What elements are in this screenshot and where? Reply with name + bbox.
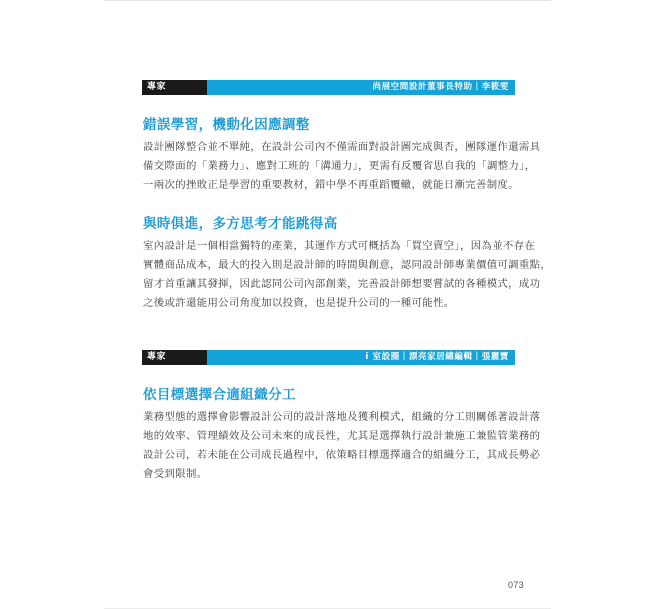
section-body: 室內設計是一個相當獨特的產業，其運作方式可概括為「買空賣空」，因為並不存在 實體… <box>143 237 523 313</box>
body-line: 室內設計是一個相當獨特的產業，其運作方式可概括為「買空賣空」，因為並不存在 <box>143 237 523 256</box>
body-line: 設計公司，若未能在公司成長過程中，依策略目標選擇適合的組織分工，其成長勢必 <box>143 446 523 465</box>
expert-banner-1: 專家 尚展空間設計董事長特助｜李筱雯 <box>142 80 515 95</box>
expert-credit: i 室設圈｜漂亮家居總編輯｜張麗寶 <box>207 350 515 365</box>
body-line: 實體商品成本，最大的投入則是設計師的時間與創意，認同設計師專業價值可調重點， <box>143 256 523 275</box>
expert-credit: 尚展空間設計董事長特助｜李筱雯 <box>207 80 515 95</box>
section-heading: 依目標選擇合適組織分工 <box>143 386 523 404</box>
body-line: 留才首重讓其發揮，因此認同公司內部創業，完善設計師想要嘗試的各種模式，成功 <box>143 275 523 294</box>
section-error-learning: 錯誤學習，機動化因應調整 設計團隊整合並不單純，在設計公司內不僅需面對設計圖完成… <box>143 116 523 195</box>
body-line: 地的效率、管理績效及公司未來的成長性，尤其是選擇執行設計兼施工兼監管業務的 <box>143 427 523 446</box>
section-heading: 與時俱進，多方思考才能跳得高 <box>143 215 523 233</box>
expert-tag: 專家 <box>142 80 207 95</box>
section-org-division: 依目標選擇合適組織分工 業務型態的選擇會影響設計公司的設計落地及獲利模式，組織的… <box>143 386 523 484</box>
section-body: 業務型態的選擇會影響設計公司的設計落地及獲利模式，組織的分工則關係著設計落 地的… <box>143 408 523 484</box>
body-line: 設計團隊整合並不單純，在設計公司內不僅需面對設計圖完成與否，團隊運作還需具 <box>143 138 523 157</box>
section-body: 設計團隊整合並不單純，在設計公司內不僅需面對設計圖完成與否，團隊運作還需具 備交… <box>143 138 523 195</box>
section-keep-pace: 與時俱進，多方思考才能跳得高 室內設計是一個相當獨特的產業，其運作方式可概括為「… <box>143 215 523 313</box>
body-line: 業務型態的選擇會影響設計公司的設計落地及獲利模式，組織的分工則關係著設計落 <box>143 408 523 427</box>
section-heading: 錯誤學習，機動化因應調整 <box>143 116 523 134</box>
body-line: 之後或許還能用公司角度加以投資，也是提升公司的一種可能性。 <box>143 294 523 313</box>
expert-banner-2: 專家 i 室設圈｜漂亮家居總編輯｜張麗寶 <box>142 350 515 365</box>
body-line: 會受到限制。 <box>143 465 523 484</box>
body-line: 備交際面的「業務力」、應對工班的「溝通力」，更需有反覆省思自我的「調整力」， <box>143 157 523 176</box>
expert-tag: 專家 <box>142 350 207 365</box>
page-edge-top <box>104 0 551 1</box>
body-line: 一兩次的挫敗正是學習的重要教材，錯中學不再重蹈覆轍，就能日漸完善制度。 <box>143 176 523 195</box>
page-number: 073 <box>508 580 524 590</box>
